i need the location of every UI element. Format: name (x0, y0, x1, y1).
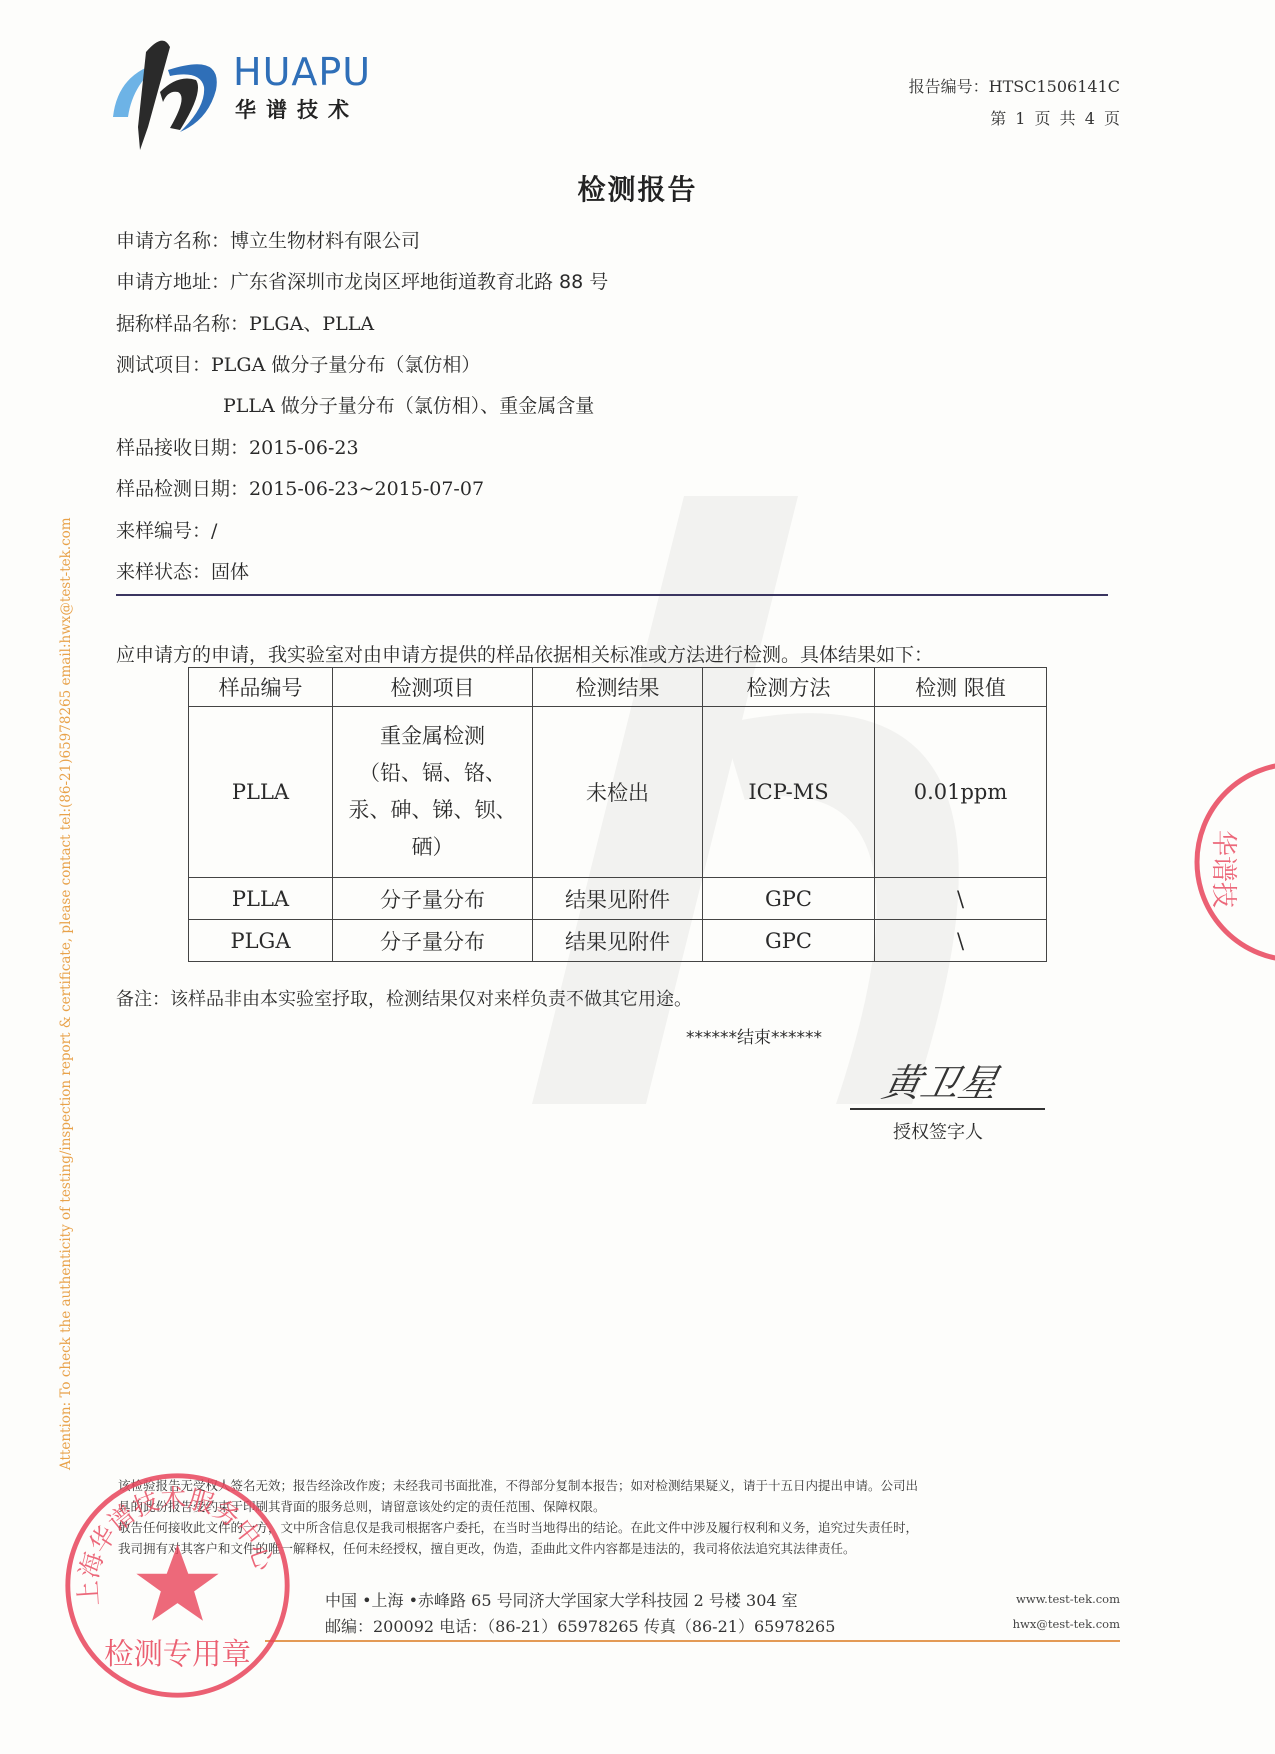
footer-divider (265, 1640, 1120, 1642)
field-sample-name: 据称样品名称：PLGA、PLLA (116, 309, 374, 336)
intro-text: 应申请方的申请，我实验室对由申请方提供的样品依据相关标准或方法进行检测。具体结果… (116, 640, 933, 667)
field-applicant-address: 申请方地址：广东省深圳市龙岗区坪地街道教育北路 88 号 (116, 267, 608, 294)
company-logo: HUAPU 华谱技术 (108, 32, 398, 152)
field-sample-number: 来样编号：/ (116, 516, 217, 543)
footer-contact: 邮编：200092 电话：（86-21）65978265 传真（86-21）65… (325, 1614, 835, 1637)
cell-method: ICP-MS (703, 707, 875, 878)
official-seal-partial-icon: 华谱技 (1185, 760, 1275, 965)
svg-text:检测专用章: 检测专用章 (104, 1637, 251, 1671)
page-indicator: 第 1 页 共 4 页 (990, 106, 1120, 129)
cell-limit: 0.01ppm (875, 707, 1047, 878)
signature-label: 授权签字人 (893, 1118, 983, 1144)
cell-result: 结果见附件 (533, 878, 703, 920)
field-test-items: 测试项目：PLGA 做分子量分布（氯仿相） (116, 350, 480, 377)
table-row: PLGA 分子量分布 结果见附件 GPC \ (189, 920, 1047, 962)
signature-line (850, 1108, 1045, 1110)
table-header-row: 样品编号 检测项目 检测结果 检测方法 检测 限值 (189, 668, 1047, 707)
svg-text:华谱技: 华谱技 (1208, 830, 1238, 908)
remark-note: 备注：该样品非由本实验室抒取，检测结果仅对来样负责不做其它用途。 (116, 985, 692, 1011)
field-test-items-cont: PLLA 做分子量分布（氯仿相）、重金属含量 (223, 391, 594, 418)
cell-item: 分子量分布 (333, 878, 533, 920)
huapu-logo-icon (108, 32, 228, 152)
col-header-limit: 检测 限值 (875, 668, 1047, 707)
cell-item: 分子量分布 (333, 920, 533, 962)
official-seal-icon: 上海华谱技术服务中心 检测专用章 (60, 1468, 295, 1703)
table-row: PLLA 重金属检测 （铅、镉、铬、 汞、砷、锑、钡、 硒） 未检出 ICP-M… (189, 707, 1047, 878)
field-test-date: 样品检测日期：2015-06-23~2015-07-07 (116, 474, 484, 501)
cell-limit: \ (875, 920, 1047, 962)
cell-sample: PLGA (189, 920, 333, 962)
footer-website[interactable]: www.test-tek.com (1016, 1592, 1120, 1606)
cell-sample: PLLA (189, 878, 333, 920)
col-header-method: 检测方法 (703, 668, 875, 707)
footer-email[interactable]: hwx@test-tek.com (1013, 1617, 1120, 1631)
col-header-sample: 样品编号 (189, 668, 333, 707)
divider (116, 594, 1108, 596)
report-number: 报告编号：HTSC1506141C (909, 74, 1120, 97)
field-sample-state: 来样状态：固体 (116, 557, 249, 584)
field-applicant-name: 申请方名称：博立生物材料有限公司 (116, 226, 420, 253)
table-row: PLLA 分子量分布 结果见附件 GPC \ (189, 878, 1047, 920)
cell-method: GPC (703, 878, 875, 920)
cell-result: 结果见附件 (533, 920, 703, 962)
col-header-result: 检测结果 (533, 668, 703, 707)
results-table: 样品编号 检测项目 检测结果 检测方法 检测 限值 PLLA 重金属检测 （铅、… (188, 667, 1047, 962)
end-marker: ******结束****** (686, 1023, 822, 1048)
cell-method: GPC (703, 920, 875, 962)
col-header-item: 检测项目 (333, 668, 533, 707)
footer-address: 中国 •上海 •赤峰路 65 号同济大学国家大学科技园 2 号楼 304 室 (325, 1588, 798, 1611)
signature: 黄卫星 (878, 1052, 1004, 1107)
field-receive-date: 样品接收日期：2015-06-23 (116, 433, 359, 460)
brand-name-cn: 华谱技术 (235, 94, 359, 124)
cell-result: 未检出 (533, 707, 703, 878)
document-title: 检测报告 (0, 168, 1275, 208)
authenticity-note: Attention: To check the authenticity of … (58, 517, 74, 1470)
cell-item: 重金属检测 （铅、镉、铬、 汞、砷、锑、钡、 硒） (333, 707, 533, 878)
brand-name-en: HUAPU (233, 50, 371, 94)
cell-sample: PLLA (189, 707, 333, 878)
cell-limit: \ (875, 878, 1047, 920)
